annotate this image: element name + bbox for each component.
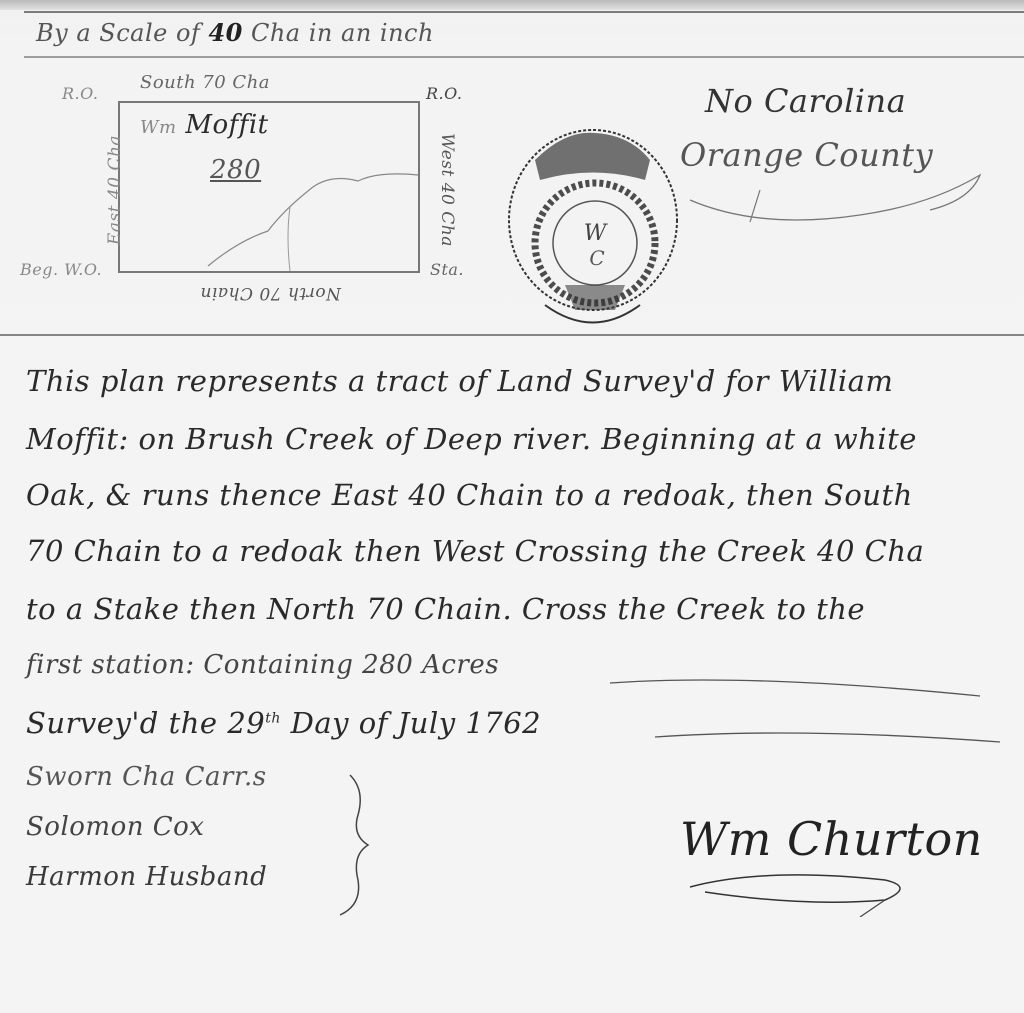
plat-side-left-label: East 40 Cha — [105, 135, 125, 245]
survey-date-day: 29 — [227, 706, 265, 740]
surveyor-signature: Wm Churton — [680, 812, 983, 866]
plat-acres: 280 — [210, 155, 261, 185]
body-line-3: Oak, & runs thence East 40 Chain to a re… — [26, 478, 913, 512]
scale-prefix: By a Scale of — [36, 19, 200, 47]
plat-side-top-label: South 70 Cha — [140, 72, 270, 93]
plat-corner-top-right: R.O. — [426, 84, 462, 103]
signature-flourish-icon — [685, 862, 975, 917]
survey-date-middle: Day of July — [291, 706, 456, 740]
scanned-top-edge — [0, 0, 1024, 10]
scale-note: By a Scale of 40 Cha in an inch — [36, 18, 434, 47]
top-rule — [24, 11, 1024, 13]
plat-side-bottom-label: North 70 Chain — [200, 283, 341, 303]
plat-side-right-label: West 40 Cha — [437, 133, 457, 247]
svg-text:W: W — [584, 221, 609, 246]
scale-suffix: Cha in an inch — [251, 19, 434, 47]
plat-owner-name: Moffit — [185, 110, 268, 140]
body-line-1: This plan represents a tract of Land Sur… — [26, 364, 893, 398]
county-flourish-icon — [680, 160, 990, 230]
document-page: By a Scale of 40 Cha in an inch South 70… — [0, 0, 1024, 1013]
plat-corner-bottom-left: Beg. W.O. — [20, 260, 102, 279]
section-rule — [0, 334, 1024, 336]
chain-carriers-heading: Sworn Cha Carr.s — [26, 762, 267, 792]
plat-corner-top-left: R.O. — [62, 84, 98, 103]
svg-text:C: C — [589, 246, 604, 270]
survey-date: Survey'd the 29th Day of July 1762 — [26, 706, 541, 740]
seal-icon: W C — [505, 125, 680, 330]
body-line-2: Moffit: on Brush Creek of Deep river. Be… — [26, 422, 917, 456]
chain-carrier-1: Solomon Cox — [26, 812, 204, 842]
survey-date-day-suffix: th — [265, 710, 281, 726]
plat-corner-bottom-right: Sta. — [430, 260, 464, 279]
date-filler-icon — [650, 722, 1010, 752]
survey-date-prefix: Survey'd the — [26, 706, 218, 740]
body-line-6: first station: Containing 280 Acres — [26, 650, 499, 680]
body-line-4: 70 Chain to a redoak then West Crossing … — [26, 534, 924, 568]
body-line-5: to a Stake then North 70 Chain. Cross th… — [26, 592, 865, 626]
plat-owner: Wm Moffit — [140, 110, 269, 140]
brace-icon — [330, 770, 380, 920]
plat-owner-prefix: Wm — [140, 117, 177, 138]
scale-value: 40 — [208, 18, 242, 47]
survey-date-year: 1762 — [465, 706, 541, 740]
line-filler-icon — [600, 668, 990, 708]
location-state: No Carolina — [705, 82, 906, 120]
header-rule — [24, 56, 1024, 58]
chain-carrier-2: Harmon Husband — [26, 862, 267, 892]
